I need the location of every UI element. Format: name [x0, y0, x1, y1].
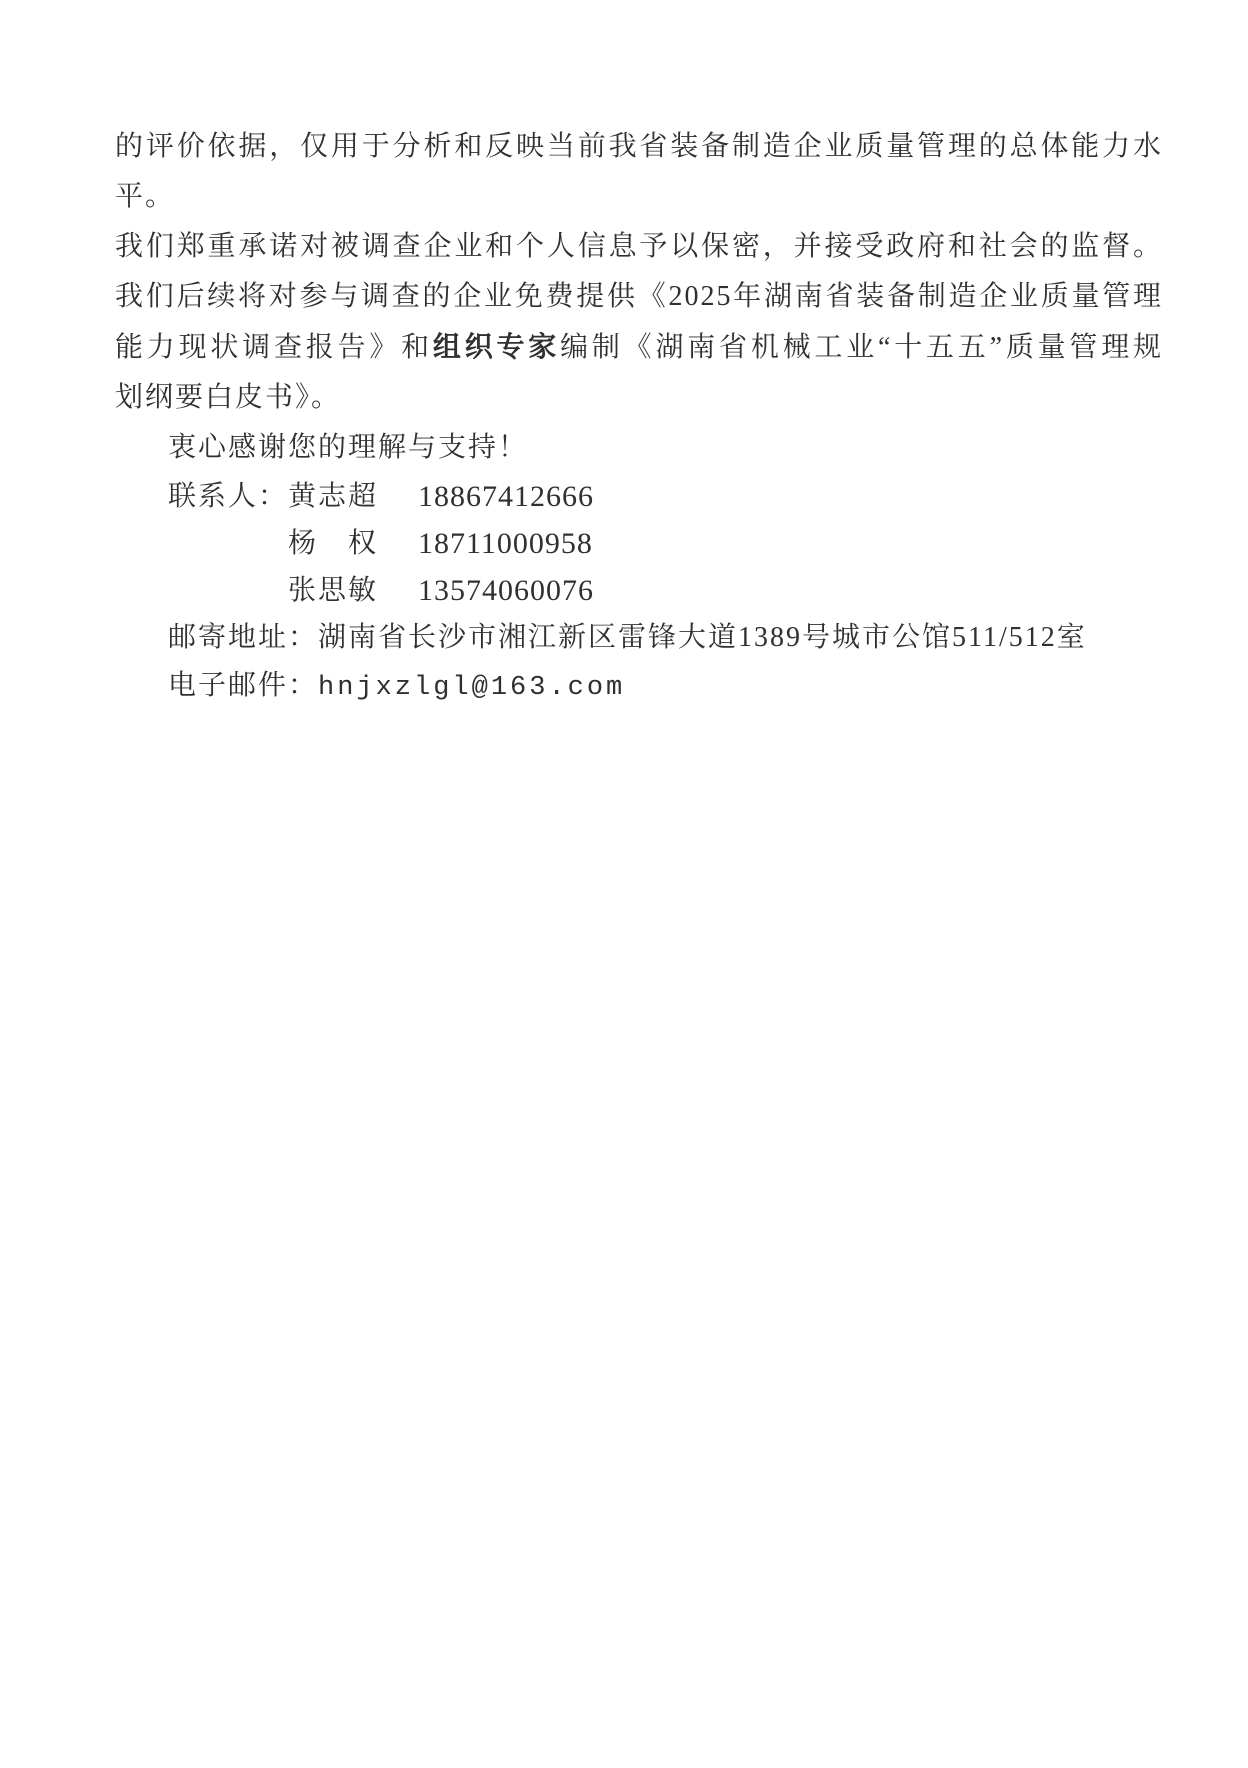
thanks-line: 衷心感谢您的理解与支持！ [115, 423, 1163, 473]
contact-label-spacer [168, 567, 288, 614]
contact-phone: 13574060076 [418, 567, 594, 614]
email-label: 电子邮件： [168, 670, 318, 701]
contact-name: 黄志超 [288, 473, 418, 520]
document-page: 的评价依据，仅用于分析和反映当前我省装备制造企业质量管理的总体能力水 平。 我们… [0, 0, 1248, 1768]
mailing-address-label: 邮寄地址： [168, 622, 318, 653]
email-value: hnjxzlgl@163.com [318, 673, 625, 703]
contact-list: 联系人： 黄志超 18867412666 杨 权 18711000958 张思敏… [115, 473, 1163, 614]
contact-name: 张思敏 [288, 567, 418, 614]
contact-row: 杨 权 18711000958 [168, 520, 1163, 567]
paragraph3-line2-regular-text: 编制《湖南省机械工业“十五五”质量管理规 [560, 332, 1163, 363]
email-line: 电子邮件：hnjxzlgl@163.com [115, 662, 1163, 712]
contact-phone: 18867412666 [418, 473, 594, 520]
mailing-address-line: 邮寄地址：湖南省长沙市湘江新区雷锋大道1389号城市公馆511/512室 [115, 614, 1163, 662]
paragraph1-line1: 的评价依据，仅用于分析和反映当前我省装备制造企业质量管理的总体能力水 [115, 122, 1163, 172]
paragraph3-line2-emphasized-text: 组织专家 [433, 331, 560, 362]
contact-row: 联系人： 黄志超 18867412666 [168, 473, 1163, 520]
contact-phone: 18711000958 [418, 520, 593, 567]
paragraph3-line1: 我们后续将对参与调查的企业免费提供《2025年湖南省装备制造企业质量管理 [115, 272, 1163, 322]
paragraph2-line1: 我们郑重承诺对被调查企业和个人信息予以保密，并接受政府和社会的监督。 [115, 222, 1163, 272]
contact-name: 杨 权 [288, 520, 418, 567]
document-body: 的评价依据，仅用于分析和反映当前我省装备制造企业质量管理的总体能力水 平。 我们… [115, 122, 1163, 712]
mailing-address-value: 湖南省长沙市湘江新区雷锋大道1389号城市公馆511/512室 [318, 622, 1087, 653]
paragraph3-line3: 划纲要白皮书》。 [115, 373, 1163, 423]
contact-label: 联系人： [168, 473, 288, 520]
paragraph1-line2: 平。 [115, 172, 1163, 222]
contact-label-spacer [168, 520, 288, 567]
contact-row: 张思敏 13574060076 [168, 567, 1163, 614]
paragraph3-line2: 能力现状调查报告》和组织专家编制《湖南省机械工业“十五五”质量管理规 [115, 322, 1163, 373]
paragraph3-line2-regular-text: 能力现状调查报告》和 [115, 332, 433, 363]
